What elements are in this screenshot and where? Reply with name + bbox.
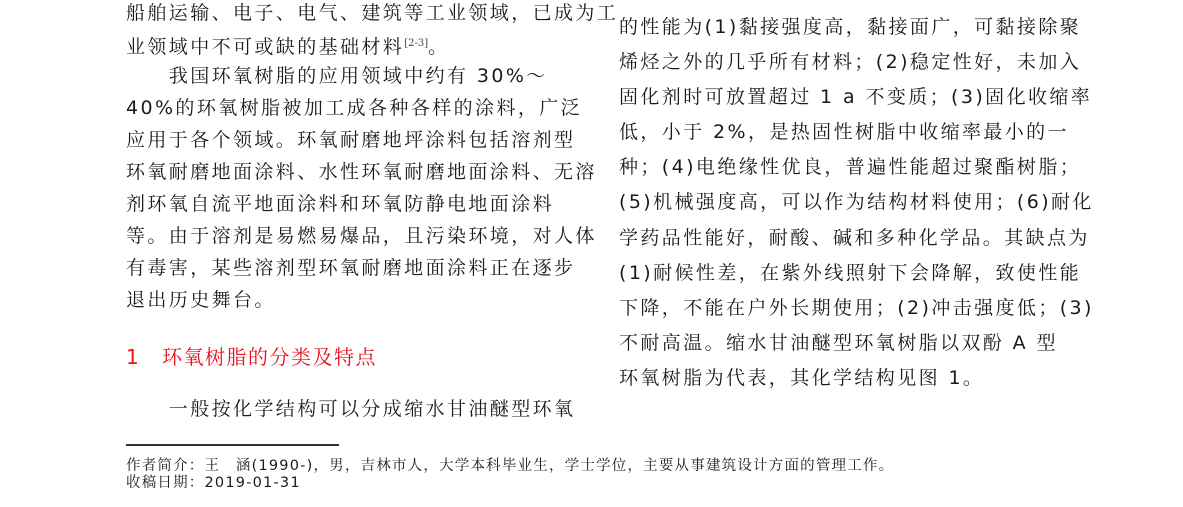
- body-text-line: 固化剂时可放置超过 1 a 不变质；(3)固化收缩率: [619, 86, 1092, 108]
- body-text-line: 等。由于溶剂是易燃易爆品，且污染环境，对人体: [126, 225, 597, 247]
- body-text-line: 船舶运输、电子、电气、建筑等工业领域，已成为工: [126, 2, 618, 24]
- received-date-footnote: 收稿日期：2019-01-31: [126, 475, 301, 492]
- body-text-line: 烯烃之外的几乎所有材料；(2)稳定性好，未加入: [619, 51, 1081, 73]
- section-number: 1: [126, 345, 162, 369]
- author-intro-footnote: 作者简介：王 涵(1990-)，男，吉林市人，大学本科毕业生，学士学位，主要从事…: [126, 458, 894, 475]
- body-text-line: 不耐高温。缩水甘油醚型环氧树脂以双酚 A 型: [619, 332, 1058, 354]
- body-text-line: 低，小于 2%，是热固性树脂中收缩率最小的一: [619, 121, 1069, 143]
- body-text-line: 有毒害，某些溶剂型环氧耐磨地面涂料正在逐步: [126, 257, 575, 279]
- body-text-line: 40%的环氧树脂被加工成各种各样的涂料，广泛: [126, 97, 582, 119]
- body-text-line: (5)机械强度高，可以作为结构材料使用；(6)耐化: [619, 191, 1094, 213]
- body-text-line: 我国环氧树脂的应用领域中约有 30%～: [126, 65, 548, 87]
- body-text-line: 的性能为(1)黏接强度高，黏接面广，可黏接除聚: [619, 16, 1081, 38]
- body-text-line: 环氧树脂为代表，其化学结构见图 1。: [619, 367, 984, 389]
- body-text-line: 学药品性能好，耐酸、碱和多种化学品。其缺点为: [619, 227, 1090, 249]
- body-text-line: (1)耐候性差，在紫外线照射下会降解，致使性能: [619, 262, 1081, 284]
- footnote-divider: [126, 444, 339, 446]
- body-text-line: 一般按化学结构可以分成缩水甘油醚型环氧: [126, 398, 575, 420]
- section-heading: 1环氧树脂的分类及特点: [126, 345, 377, 369]
- body-text-line: 应用于各个领域。环氧耐磨地坪涂料包括溶剂型: [126, 129, 575, 151]
- body-text-line: 剂环氧自流平地面涂料和环氧防静电地面涂料: [126, 193, 554, 215]
- body-text-line: 退出历史舞台。: [126, 289, 276, 311]
- body-text-line: 业领域中不可或缺的基础材料[2-3]。: [126, 33, 450, 58]
- body-text-line: 环氧耐磨地面涂料、水性环氧耐磨地面涂料、无溶: [126, 161, 597, 183]
- punctuation: 。: [428, 36, 449, 58]
- body-text: 业领域中不可或缺的基础材料: [126, 36, 404, 58]
- section-title: 环氧树脂的分类及特点: [162, 345, 377, 369]
- body-text-line: 种；(4)电绝缘性优良，普遍性能超过聚酯树脂；: [619, 156, 1081, 178]
- citation[interactable]: [2-3]: [404, 38, 428, 49]
- body-text-line: 下降，不能在户外长期使用；(2)冲击强度低；(3): [619, 297, 1094, 319]
